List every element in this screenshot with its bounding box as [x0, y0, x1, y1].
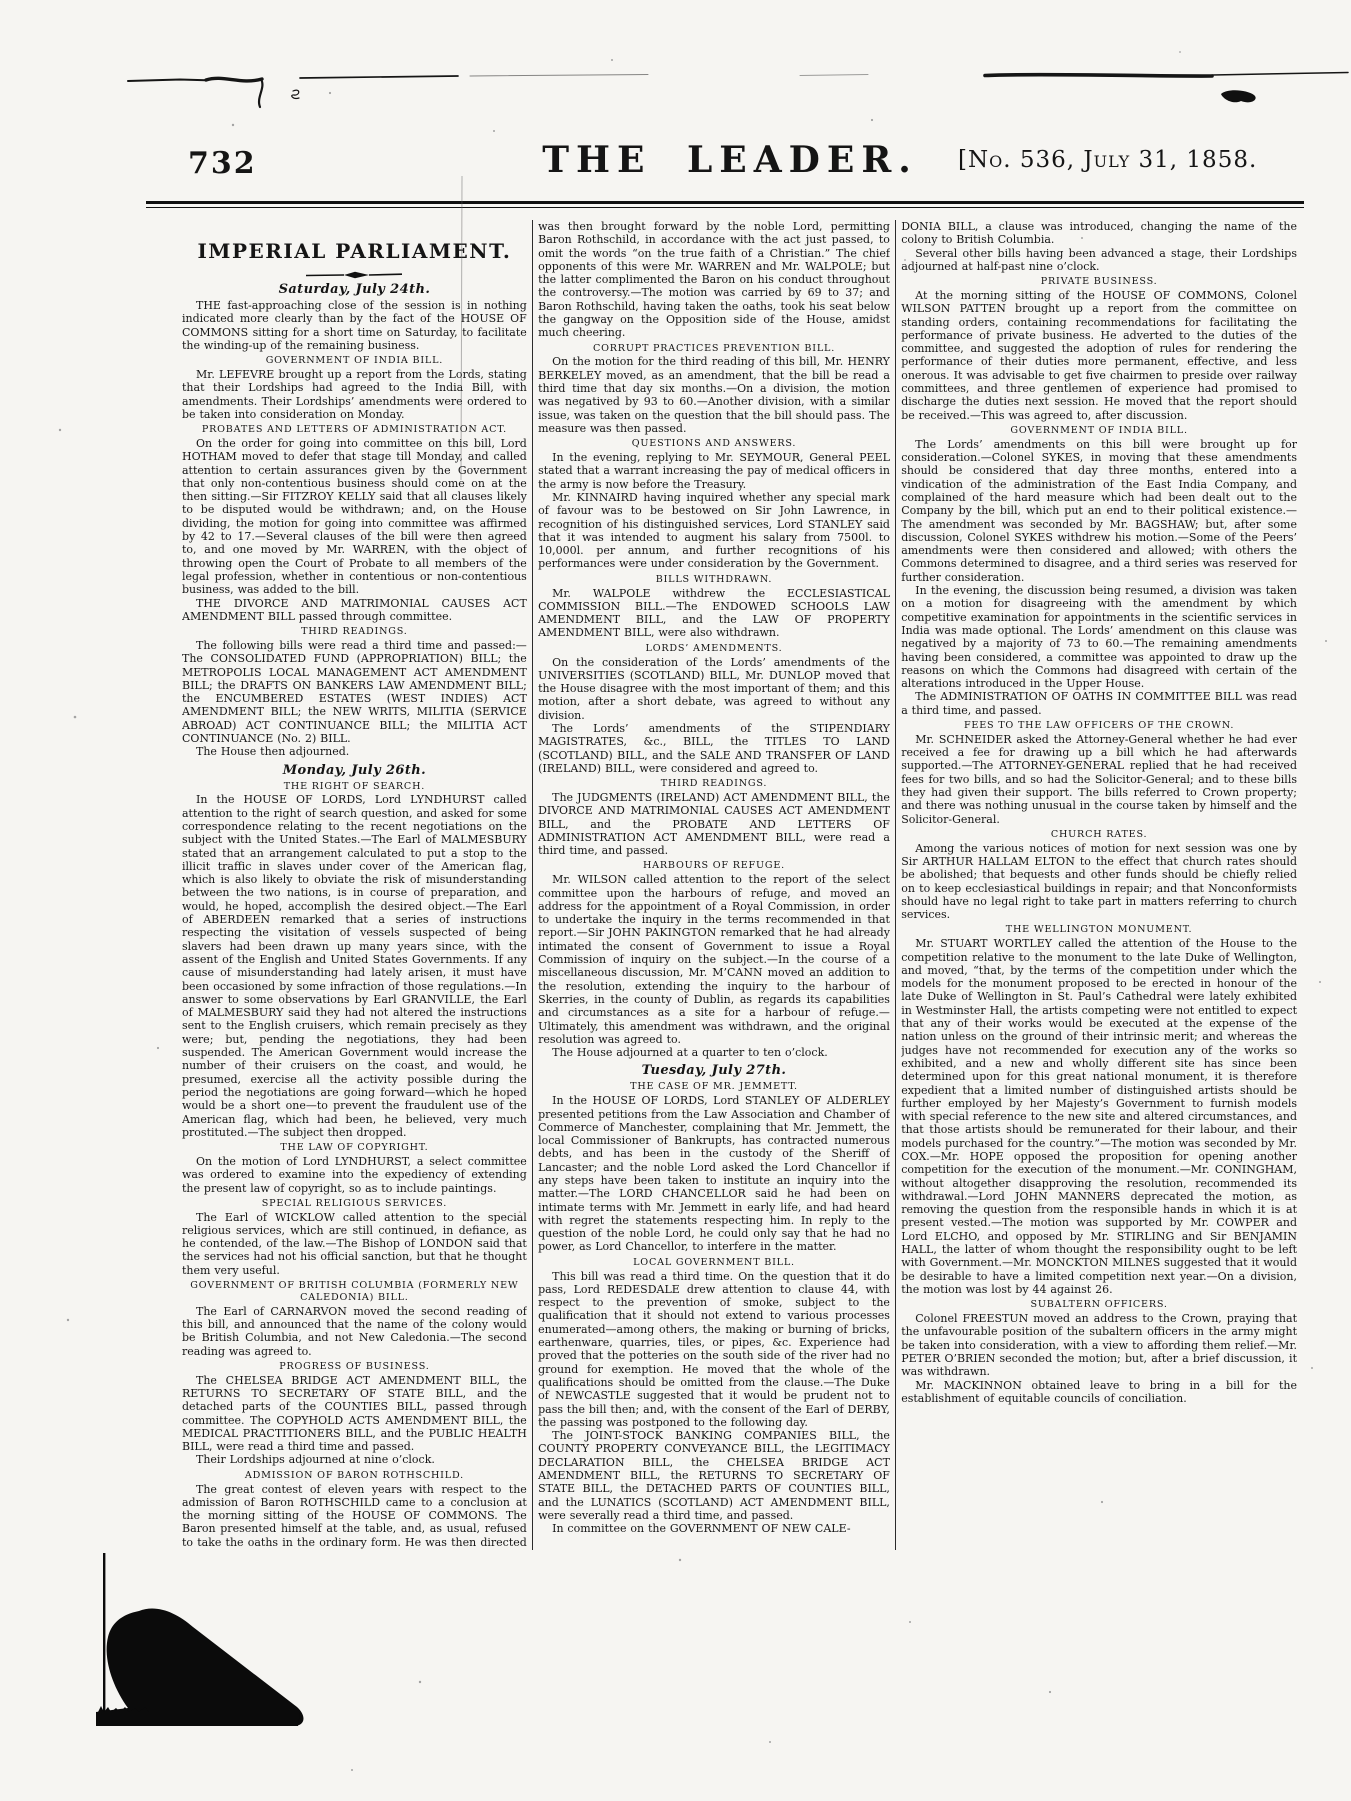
section-heading: THIRD READINGS. [188, 626, 521, 638]
paragraph: The Lords’ amendments on this bill were … [901, 438, 1297, 584]
sitting-date-heading: Tuesday, July 27th. [538, 1063, 890, 1078]
article-headline: IMPERIAL PARLIAMENT. [182, 240, 527, 263]
section-heading: CHURCH RATES. [907, 829, 1291, 841]
paragraph: The Earl of CARNARVON moved the second r… [182, 1305, 527, 1358]
section-heading: SPECIAL RELIGIOUS SERVICES. [188, 1198, 521, 1210]
paragraph: THE fast-approaching close of the sessio… [182, 299, 527, 352]
paragraph: In the evening, replying to Mr. SEYMOUR,… [538, 451, 890, 491]
section-heading: THE LAW OF COPYRIGHT. [188, 1142, 521, 1154]
issue-date-line: [No. 536, July 31, 1858. [958, 147, 1257, 173]
paragraph: Mr. LEFEVRE brought up a report from the… [182, 368, 527, 421]
paragraph: The following bills were read a third ti… [182, 639, 527, 745]
section-heading: THE CASE OF MR. JEMMETT. [544, 1081, 884, 1093]
section-heading: GOVERNMENT OF BRITISH COLUMBIA (FORMERLY… [188, 1280, 521, 1304]
paragraph: Mr. SCHNEIDER asked the Attorney-General… [901, 733, 1297, 826]
page-number: 732 [188, 146, 257, 181]
sitting-date-heading: Saturday, July 24th. [182, 282, 527, 297]
paragraph: Mr. KINNAIRD having inquired whether any… [538, 491, 890, 571]
section-heading: PROGRESS OF BUSINESS. [188, 1361, 521, 1373]
continuation-paragraph: DONIA BILL, a clause was introduced, cha… [901, 220, 1297, 247]
paragraph: Mr. WILSON called attention to the repor… [538, 873, 890, 1046]
section-heading: GOVERNMENT OF INDIA BILL. [188, 355, 521, 367]
column-middle: was then brought forward by the noble Lo… [538, 220, 890, 1550]
column-left: IMPERIAL PARLIAMENT.Saturday, July 24th.… [182, 220, 527, 1550]
paragraph: In the HOUSE OF LORDS, Lord STANLEY OF A… [538, 1094, 890, 1254]
paragraph: THE DIVORCE AND MATRIMONIAL CAUSES ACT A… [182, 597, 527, 624]
sitting-date-heading: Monday, July 26th. [182, 763, 527, 778]
column-rule-left [532, 220, 533, 1550]
paragraph: In the evening, the discussion being res… [901, 584, 1297, 690]
paragraph: On the consideration of the Lords’ amend… [538, 656, 890, 722]
paragraph: In committee on the GOVERNMENT OF NEW CA… [538, 1522, 890, 1535]
top-scratch-line [128, 73, 1348, 108]
header-double-rule [146, 201, 1304, 208]
newspaper-page-scan: 732 THE LEADER. [No. 536, July 31, 1858.… [0, 0, 1351, 1801]
section-heading: LORDS’ AMENDMENTS. [544, 643, 884, 655]
paragraph: The JOINT-STOCK BANKING COMPANIES BILL, … [538, 1429, 890, 1522]
section-heading: THIRD READINGS. [544, 778, 884, 790]
section-heading: PRIVATE BUSINESS. [907, 276, 1291, 288]
paragraph: The great contest of eleven years with r… [182, 1483, 527, 1550]
corner-smudge [1221, 90, 1256, 102]
section-heading: FEES TO THE LAW OFFICERS OF THE CROWN. [907, 720, 1291, 732]
section-heading: THE WELLINGTON MONUMENT. [907, 924, 1291, 936]
paragraph: Mr. STUART WORTLEY called the attention … [901, 937, 1297, 1296]
section-heading: LOCAL GOVERNMENT BILL. [544, 1257, 884, 1269]
ink-blot [96, 1553, 303, 1726]
column-rule-right [895, 220, 896, 1550]
column-right: DONIA BILL, a clause was introduced, cha… [901, 220, 1297, 1550]
article-columns: IMPERIAL PARLIAMENT.Saturday, July 24th.… [182, 220, 1297, 1550]
paragraph: Mr. WALPOLE withdrew the ECCLESIASTICAL … [538, 587, 890, 640]
section-heading: ADMISSION OF BARON ROTHSCHILD. [188, 1470, 521, 1482]
continuation-paragraph: was then brought forward by the noble Lo… [538, 220, 890, 340]
paragraph: The ADMINISTRATION OF OATHS IN COMMITTEE… [901, 690, 1297, 717]
paragraph: Their Lordships adjourned at nine o’cloc… [182, 1453, 527, 1466]
paragraph: On the motion of Lord LYNDHURST, a selec… [182, 1155, 527, 1195]
paragraph: This bill was read a third time. On the … [538, 1270, 890, 1430]
paragraph: Several other bills having been advanced… [901, 247, 1297, 274]
paragraph: The Earl of WICKLOW called attention to … [182, 1211, 527, 1277]
section-heading: QUESTIONS AND ANSWERS. [544, 438, 884, 450]
section-heading: THE RIGHT OF SEARCH. [188, 781, 521, 793]
swash-divider-icon [306, 270, 402, 280]
paragraph: Mr. MACKINNON obtained leave to bring in… [901, 1379, 1297, 1406]
section-heading: BILLS WITHDRAWN. [544, 574, 884, 586]
section-heading: GOVERNMENT OF INDIA BILL. [907, 425, 1291, 437]
paragraph: The House then adjourned. [182, 745, 527, 758]
paragraph: On the order for going into committee on… [182, 437, 527, 597]
paragraph: On the motion for the third reading of t… [538, 355, 890, 435]
paragraph: Colonel FREESTUN moved an address to the… [901, 1312, 1297, 1378]
section-heading: HARBOURS OF REFUGE. [544, 860, 884, 872]
section-heading: CORRUPT PRACTICES PREVENTION BILL. [544, 343, 884, 355]
headline-divider [182, 265, 527, 277]
paragraph: At the morning sitting of the HOUSE OF C… [901, 289, 1297, 422]
paragraph: In the HOUSE OF LORDS, Lord LYNDHURST ca… [182, 793, 527, 1139]
paragraph: Among the various notices of motion for … [901, 842, 1297, 922]
paragraph: The CHELSEA BRIDGE ACT AMENDMENT BILL, t… [182, 1374, 527, 1454]
section-heading: SUBALTERN OFFICERS. [907, 1299, 1291, 1311]
paragraph: The Lords’ amendments of the STIPENDIARY… [538, 722, 890, 775]
paragraph: The JUDGMENTS (IRELAND) ACT AMENDMENT BI… [538, 791, 890, 857]
paragraph: The House adjourned at a quarter to ten … [538, 1046, 890, 1059]
section-heading: PROBATES AND LETTERS OF ADMINISTRATION A… [188, 424, 521, 436]
